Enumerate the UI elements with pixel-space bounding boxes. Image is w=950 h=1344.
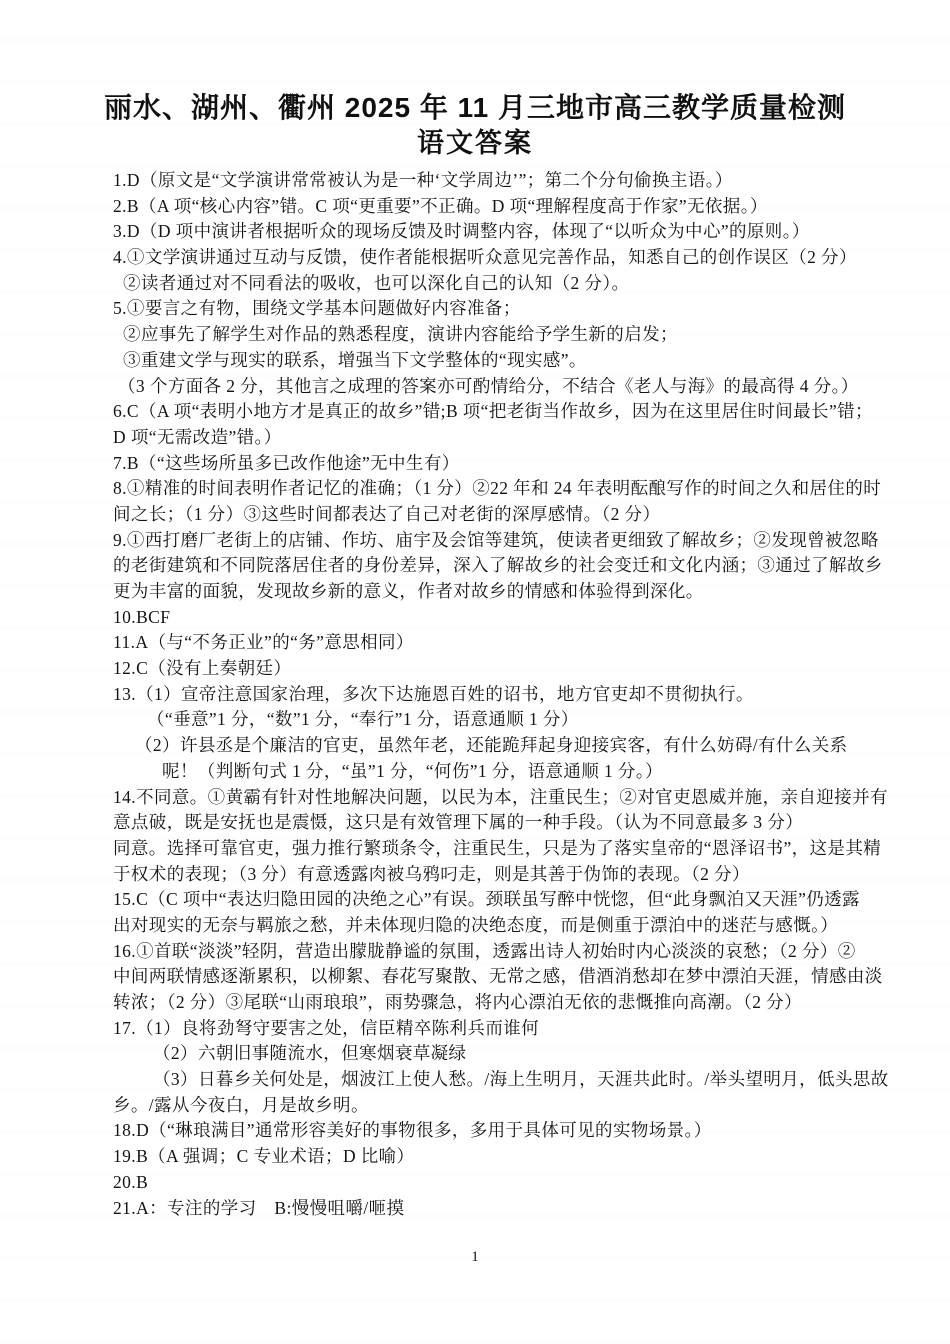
answer-line: 15.C（C 项中“表达归隐田园的决绝之心”有误。颈联虽写醉中恍惚，但“此身飘泊… [113,887,850,913]
answer-line: 4.①文学演讲通过互动与反馈，使作者能根据听众意见完善作品，知悉自己的创作误区（… [113,245,850,271]
answer-line: 出对现实的无奈与羁旅之愁，并未体现归隐的决绝态度，而是侧重于漂泊中的迷茫与感慨。… [113,913,850,939]
answer-line: 8.①精准的时间表明作者记忆的准确；（1 分）②22 年和 24 年表明酝酿写作… [113,476,850,502]
answer-line: 呢！（判断句式 1 分，“虽”1 分，“何伤”1 分，语意通顺 1 分。） [113,759,850,785]
answer-line: 12.C（没有上奏朝廷） [113,656,850,682]
answer-line: 转浓；（2 分）③尾联“山雨琅琅”，雨势骤急，将内心漂泊无依的悲慨推向高潮。（2… [113,990,850,1016]
answer-line: 19.B（A 强调；C 专业术语；D 比喻） [113,1144,850,1170]
answer-line: 20.B [113,1170,850,1196]
answer-line: 17.（1）良将劲弩守要害之处，信臣精卒陈利兵而谁何 [113,1016,850,1042]
answer-line: 意点破，既是安抚也是震慑，这只是有效管理下属的一种手段。（认为不同意最多 3 分… [113,810,850,836]
document-title: 丽水、湖州、衢州 2025 年 11 月三地市高三教学质量检测 [0,0,950,126]
answer-line: （2）六朝旧事随流水，但寒烟衰草凝绿 [113,1041,850,1067]
answer-line: 7.B（“这些场所虽多已改作他途”无中生有） [113,451,850,477]
page-number: 1 [0,1249,950,1266]
answer-line: （“垂意”1 分，“数”1 分，“奉行”1 分，语意通顺 1 分） [113,707,850,733]
answer-line: 间之长；（1 分）③这些时间都表达了自己对老街的深厚感情。（2 分） [113,502,850,528]
answer-line: （3 个方面各 2 分，其他言之成理的答案亦可酌情给分，不结合《老人与海》的最高… [113,374,850,400]
answer-line: 16.①首联“淡淡”轻阴，营造出朦胧静谧的氛围，透露出诗人初始时内心淡淡的哀愁；… [113,939,850,965]
answer-line: 10.BCF [113,605,850,631]
answer-line: ②读者通过对不同看法的吸收，也可以深化自己的认知（2 分）。 [113,271,850,297]
answer-line: 21.A：专注的学习 B:慢慢咀嚼/咂摸 [113,1196,850,1222]
answer-line: 乡。/露从今夜白，月是故乡明。 [113,1093,850,1119]
answer-line: （3）日暮乡关何处是，烟波江上使人愁。/海上生明月，天涯共此时。/举头望明月，低… [113,1067,850,1093]
answer-line: 同意。选择可靠官吏，强力推行繁琐条令，注重民生，只是为了落实皇帝的“恩泽诏书”，… [113,836,850,862]
answer-line: ②应事先了解学生对作品的熟悉程度，演讲内容能给予学生新的启发； [113,322,850,348]
answer-line: 2.B（A 项“核心内容”错。C 项“更重要”不正确。D 项“理解程度高于作家”… [113,194,850,220]
answer-line: 的老街建筑和不同院落居住者的身份差异，深入了解故乡的社会变迁和文化内涵；③通过了… [113,553,850,579]
answer-line: 18.D（“琳琅满目”通常形容美好的事物很多，多用于具体可见的实物场景。） [113,1118,850,1144]
answer-line: 13.（1）宣帝注意国家治理，多次下达施恩百姓的诏书，地方官吏却不贯彻执行。 [113,682,850,708]
answer-line: ③重建文学与现实的联系，增强当下文学整体的“现实感”。 [113,348,850,374]
answer-line: 更为丰富的面貌，发现故乡新的意义，作者对故乡的情感和体验得到深化。 [113,579,850,605]
answer-line: 6.C（A 项“表明小地方才是真正的故乡”错;B 项“把老街当作故乡，因为在这里… [113,399,850,425]
document-subtitle: 语文答案 [0,126,950,160]
answer-line: （2）许县丞是个廉洁的官吏，虽然年老，还能跪拜起身迎接宾客，有什么妨碍/有什么关… [113,733,850,759]
answer-line: 于权术的表现；（3 分）有意透露肉被乌鸦叼走，则是其善于伪饰的表现。（2 分） [113,862,850,888]
answer-line: 3.D（D 项中演讲者根据听众的现场反馈及时调整内容，体现了“以听众为中心”的原… [113,219,850,245]
document-page: 丽水、湖州、衢州 2025 年 11 月三地市高三教学质量检测 语文答案 1.D… [0,0,950,1344]
answer-line: 中间两联情感逐渐累积，以柳絮、春花写聚散、无常之感，借酒消愁却在梦中漂泊天涯，情… [113,964,850,990]
answer-lines: 1.D（原文是“文学演讲常常被认为是一种‘文学周边’”；第二个分句偷换主语。）2… [113,168,850,1221]
answer-line: D 项“无需改造”错。） [113,425,850,451]
answer-line: 1.D（原文是“文学演讲常常被认为是一种‘文学周边’”；第二个分句偷换主语。） [113,168,850,194]
answer-line: 14.不同意。①黄霸有针对性地解决问题，以民为本，注重民生；②对官吏恩威并施，亲… [113,785,850,811]
answer-line: 9.①西打磨厂老街上的店铺、作坊、庙宇及会馆等建筑，使读者更细致了解故乡；②发现… [113,528,850,554]
answer-line: 5.①要言之有物，围绕文学基本问题做好内容准备； [113,296,850,322]
answer-line: 11.A（与“不务正业”的“务”意思相同） [113,630,850,656]
